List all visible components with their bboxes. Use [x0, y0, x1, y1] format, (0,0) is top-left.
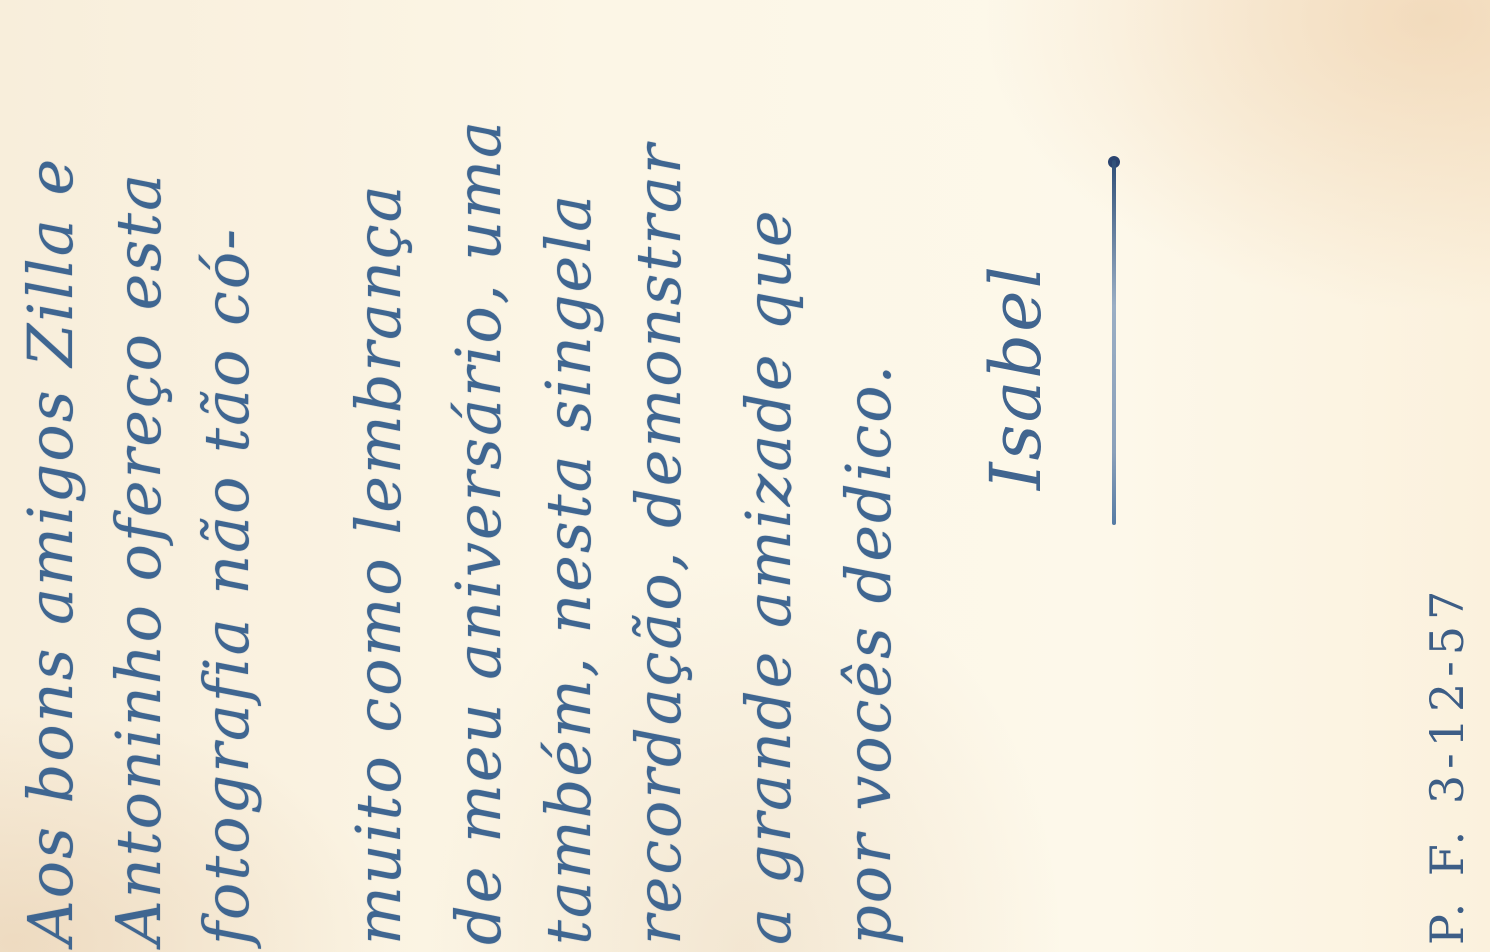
text-line-2: Antoninho ofereço esta [108, 172, 170, 945]
text-line-6: também, nesta singela [538, 193, 600, 945]
text-line-9: por vocês dedico. [838, 363, 900, 945]
date-note: P. F. 3-12-57 [1420, 585, 1474, 945]
text-line-7: recordação, demonstrar [628, 142, 690, 945]
text-line-3: fotografia não tão có- [196, 227, 258, 945]
text-line-4: muito como lembrança [348, 183, 410, 945]
text-line-8: a grande amizade que [738, 208, 800, 945]
text-line-5: de meu aniversário, uma [448, 119, 510, 945]
signature: Isabel [975, 264, 1057, 490]
signature-line [1112, 160, 1116, 525]
postcard: Aos bons amigos Zilla e Antoninho ofereç… [0, 0, 1490, 952]
text-line-1: Aos bons amigos Zilla e [20, 157, 82, 945]
